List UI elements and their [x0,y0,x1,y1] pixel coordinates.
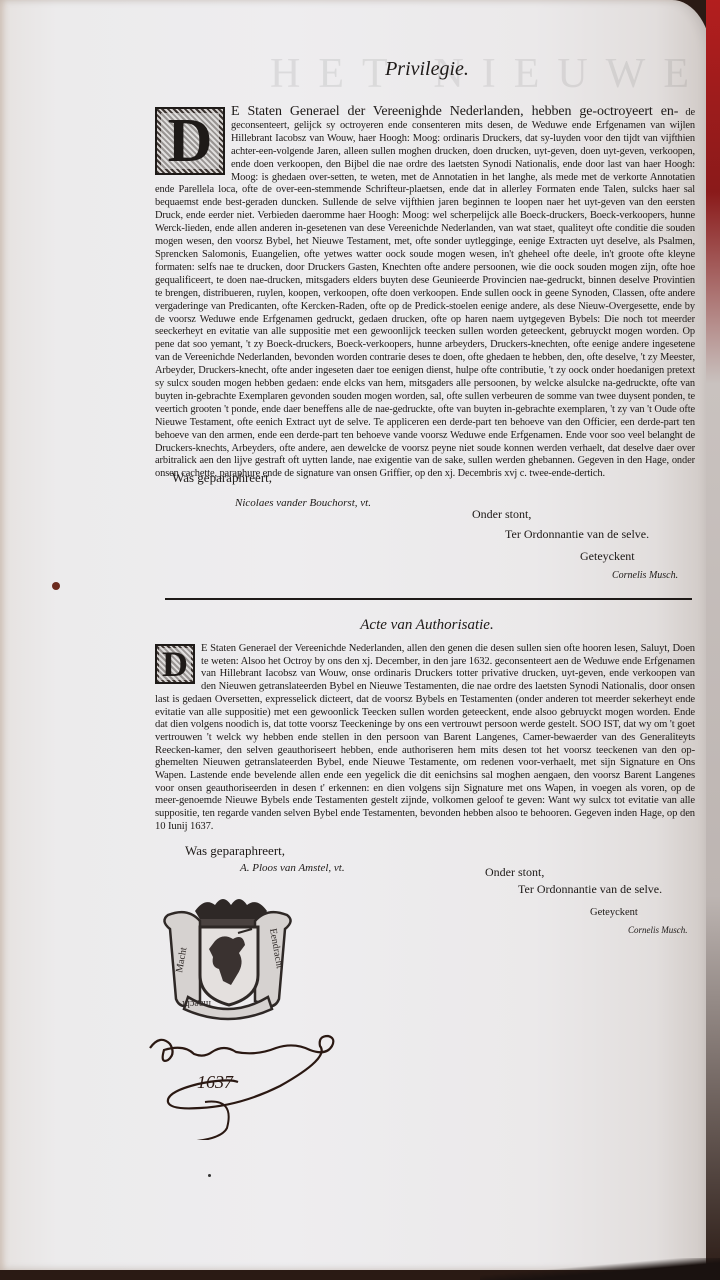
acte-title: Acte van Authorisatie. [152,617,702,634]
ornamental-dropcap: D [155,644,195,684]
section-divider [165,598,692,600]
signature-flourish-icon: 1637 [145,1030,385,1140]
svg-text:1637: 1637 [197,1072,234,1092]
geteyckent: Geteyckent [590,907,638,918]
book-spine-edge [706,0,720,1280]
paraph-signatory: Nicolaes vander Bouchorst, vt. [235,497,371,509]
was-geparaphreert: Was geparaphreert, [172,470,272,486]
onder-stont: Onder stont, [485,865,544,880]
griffier-name: Cornelis Musch. [628,925,688,935]
geteyckent: Geteyckent [580,549,635,564]
foxing-spot [208,1174,211,1177]
privilege-title: Privilegie. [152,58,702,81]
ordonnantie: Ter Ordonnantie van de selve. [518,882,662,897]
paraph-signatory: A. Ploos van Amstel, vt. [240,862,345,874]
book-page: HET NIEUWE Privilegie. D E Staten Genera… [0,0,712,1270]
acte-text: D E Staten Generael der Vereenichde Nede… [155,643,695,834]
privilege-body: de geconsenteert, gelijck sy octroyeren … [155,107,695,479]
privilege-text: D E Staten Generael der Vereenighde Nede… [155,106,695,481]
foxing-spot [52,582,60,590]
coat-of-arms-icon: Macht Eendracht maecht [160,893,295,1023]
page-curl-shadow [480,1258,720,1280]
ordonnantie: Ter Ordonnantie van de selve. [505,527,649,542]
was-geparaphreert: Was geparaphreert, [185,843,285,859]
ornamental-dropcap: D [155,107,225,175]
coat-of-arms-stamp: Macht Eendracht maecht [160,893,295,1028]
svg-text:maecht: maecht [182,998,211,1009]
onder-stont: Onder stont, [472,507,531,522]
griffier-name: Cornelis Musch. [612,570,678,581]
acte-body: E Staten Generael der Vereenichde Nederl… [155,643,695,832]
privilege-first-line: E Staten Generael der Vereenighde Nederl… [231,104,678,119]
handwritten-signature: 1637 [145,1030,385,1145]
